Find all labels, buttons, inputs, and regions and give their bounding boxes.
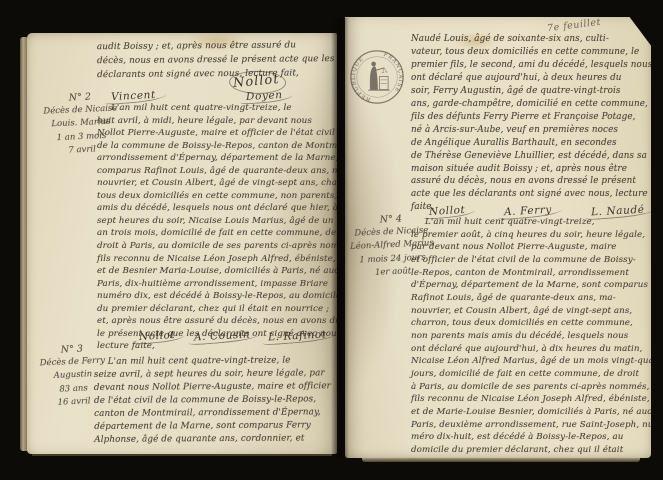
text-line: A. Cousin xyxy=(193,329,250,344)
allegorical-figure-icon xyxy=(368,62,389,91)
text-line: décès, nous en avons dressé le présent a… xyxy=(97,53,337,69)
text-line: Paris, dix-huitième arrondissement, impa… xyxy=(97,278,337,291)
folio-number-annotation: 7e feuillet xyxy=(547,17,602,34)
text-line: assuré du décès, nous en avons dressé le… xyxy=(411,175,651,188)
text-line: Nollot xyxy=(139,329,176,343)
text-line: premier fils, le second, ami du décédé, … xyxy=(411,59,651,72)
text-line: Rafinot Louis, âgé de quarante-deux ans,… xyxy=(411,292,651,305)
signatures-act-2: NollotA. CousinL. Rafinot xyxy=(139,330,327,342)
text-line: déclarants ont signé avec nous, lecture … xyxy=(97,66,337,82)
text-line: nouvrier, et Cousin Albert, âgé de vingt… xyxy=(411,305,651,318)
text-line: Doyen xyxy=(246,89,283,103)
text-line: de Angélique Aurallis Barthault, en seco… xyxy=(411,137,651,150)
page-stack-edge-left xyxy=(20,37,27,451)
signature-mayor: Nollot xyxy=(232,72,280,91)
text-line: comparus Rafinot Louis, âgé de quarante-… xyxy=(97,165,337,178)
text-line: à Paris, au domicile de ses parents ci-a… xyxy=(411,381,651,394)
republique-francaise-stamp-icon: RÉPUBLIQUE FRANÇAISE xyxy=(348,48,406,106)
text-line: le-Repos, canton de Montmirail, arrondis… xyxy=(411,267,651,280)
left-page: audit Boissy ; et, après nous être assur… xyxy=(27,33,337,454)
text-line: et de Besnier Maria-Louise, domiciliés à… xyxy=(97,265,337,278)
text-line: soir, Ferry Augustin, âgé de quatre-ving… xyxy=(411,85,651,98)
text-line: tous deux domiciliés en cette commune, n… xyxy=(97,190,337,203)
text-line: fils reconnu de Nicaise Léon Joseph Alfr… xyxy=(411,393,651,406)
text-line: par devant nous Nollot Pierre-Auguste, m… xyxy=(411,241,651,254)
text-line: et, après nous être assuré du décès, nou… xyxy=(97,315,337,328)
text-line: fils des défunts Ferry Pierre et Françoi… xyxy=(411,111,651,124)
text-line: et de Marie-Louise Besnier, domiciliés à… xyxy=(411,406,651,419)
text-line: acte que les déclarants ont signé avec n… xyxy=(411,188,651,201)
text-line: L'an mil huit cent quatre-vingt-treize, xyxy=(411,216,651,229)
text-line: domicile du premier déclarant, chez qui … xyxy=(411,444,651,457)
text-line: né à Arcis-sur-Aube, veuf en premières n… xyxy=(411,124,651,137)
text-line: nouvrier, et Cousin Albert, âgé de vingt… xyxy=(97,177,337,190)
act-2-body-text: L'an mil huit cent quatre-vingt-treize, … xyxy=(97,102,337,353)
page-stack-edge-bottom-right xyxy=(362,458,640,462)
text-line: charron, tous deux domiciliés en cette c… xyxy=(411,317,651,330)
text-line: méro dix-huit, est décédé à Boissy-le-Re… xyxy=(411,431,651,444)
text-line: numéro dix, est décédé à Boissy-le-Repos… xyxy=(97,290,337,303)
text-line: an trois mois, domicilié de fait en cett… xyxy=(97,227,337,240)
svg-text:FRANÇAISE: FRANÇAISE xyxy=(382,52,403,94)
text-line: arrondissement d'Épernay, département de… xyxy=(97,152,337,165)
register-scan: audit Boissy ; et, après nous être assur… xyxy=(0,0,663,480)
act-1-closing-text: audit Boissy ; et, après nous être assur… xyxy=(97,39,337,83)
text-line: Nicaise Léon Alfred Marius, âgé de un mo… xyxy=(411,355,651,368)
text-line: non parents mais amis du décédé, lesquel… xyxy=(411,330,651,343)
text-line: de la commune de Boissy-le-Repos, canton… xyxy=(97,140,337,153)
right-page: 7e feuillet RÉPUBLIQUE FRANÇAISE xyxy=(345,17,651,458)
text-line: Naudé Louis, âgé de soixante-six ans, cu… xyxy=(411,33,651,46)
page-stack-edge-bottom-left xyxy=(32,454,332,456)
text-line: Paris, deuxième arrondissement, rue Sain… xyxy=(411,419,651,432)
text-line: d'Épernay, département de la Marne, sont… xyxy=(411,279,651,292)
act-4-body-text: L'an mil huit cent quatre-vingt-treize,l… xyxy=(411,216,651,456)
text-line: droit à Paris, au domicile de ses parent… xyxy=(97,240,337,253)
text-line: fils reconnu de Nicaise Léon Joseph Alfr… xyxy=(97,253,337,266)
text-line: ont déclaré que aujourd'hui, à deux heur… xyxy=(411,72,651,85)
text-line: ont déclaré que aujourd'hui, à dix heure… xyxy=(411,343,651,356)
text-line: maison située audit Boissy ; et, après n… xyxy=(411,163,651,176)
text-line: amis du décédé, lesquels nous ont déclar… xyxy=(97,202,337,215)
text-line: et officier de l'état civil de la commun… xyxy=(411,254,651,267)
stamp-text-right: FRANÇAISE xyxy=(382,52,403,94)
witness-signatures-act-1: VincentDoyen xyxy=(111,90,283,102)
text-line: Alphonse, âgé de quarante ans, cordonnie… xyxy=(94,432,337,447)
act-3-closing-text: Naudé Louis, âgé de soixante-six ans, cu… xyxy=(411,33,651,214)
text-line: L'an mil huit cent quatre-vingt-treize, … xyxy=(97,102,337,115)
text-line: ans, garde-champêtre, domicilié en cette… xyxy=(411,98,651,111)
text-line: du premier déclarant, chez qui il était … xyxy=(97,303,337,316)
text-line: de Thérèse Geneviève Lhuillier, est décé… xyxy=(411,150,651,163)
text-line: huit avril, à midi, heure légale, par de… xyxy=(97,115,337,128)
text-line: vateur, tous deux domiciliés en cette co… xyxy=(411,46,651,59)
text-line: sept heures du soir, Nicaise Louis Mariu… xyxy=(97,215,337,228)
act-3-body-text: L'an mil huit cent quatre-vingt-treize, … xyxy=(94,354,337,447)
text-line: le premier août, à cinq heures du soir, … xyxy=(411,229,651,242)
text-line: Nollot Pierre-Auguste, maire et officier… xyxy=(97,127,337,140)
text-line: jours, domicilié de fait en cette commun… xyxy=(411,368,651,381)
text-line: L. Rafinot xyxy=(268,328,327,343)
